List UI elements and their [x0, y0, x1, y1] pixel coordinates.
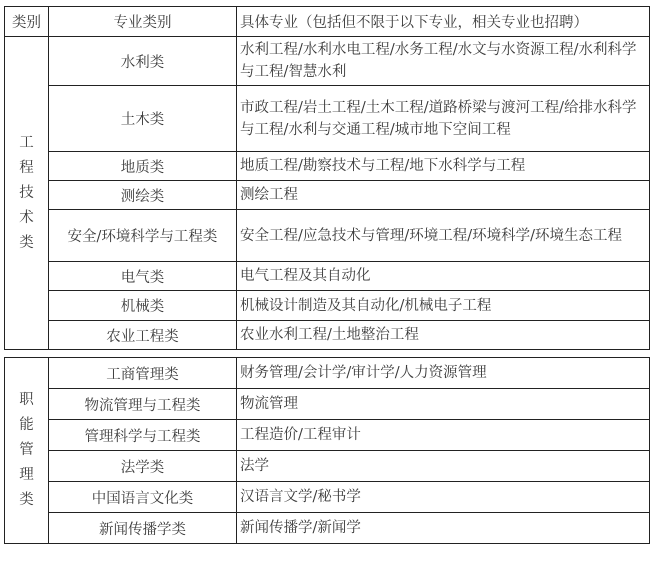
majors-cell: 地质工程/勘察技术与工程/地下水科学与工程	[237, 152, 650, 181]
majors-table-management: 职能管理类 工商管理类 财务管理/会计学/审计学/人力资源管理 物流管理与工程类…	[4, 357, 650, 544]
header-category: 类别	[5, 7, 49, 37]
majors-cell: 新闻传播学/新闻学	[237, 513, 650, 544]
category-cell-engineering-tech: 工程技术类	[5, 37, 49, 350]
majors-cell: 法学	[237, 451, 650, 482]
majors-cell: 测绘工程	[237, 181, 650, 210]
major-group-cell: 水利类	[49, 37, 237, 86]
major-group-cell: 电气类	[49, 262, 237, 291]
major-group-cell: 法学类	[49, 451, 237, 482]
majors-cell: 电气工程及其自动化	[237, 262, 650, 291]
header-specific-majors: 具体专业（包括但不限于以下专业，相关专业也招聘）	[237, 7, 650, 37]
table-row: 电气类 电气工程及其自动化	[5, 262, 650, 291]
table-row: 中国语言文化类 汉语言文学/秘书学	[5, 482, 650, 513]
major-group-cell: 工商管理类	[49, 358, 237, 389]
major-group-cell: 土木类	[49, 86, 237, 152]
table-header-row: 类别 专业类别 具体专业（包括但不限于以下专业，相关专业也招聘）	[5, 7, 650, 37]
major-group-cell: 新闻传播学类	[49, 513, 237, 544]
majors-cell: 工程造价/工程审计	[237, 420, 650, 451]
majors-cell: 物流管理	[237, 389, 650, 420]
category-label-vertical: 职能管理类	[19, 388, 35, 513]
major-group-cell: 安全/环境科学与工程类	[49, 210, 237, 262]
table-row: 地质类 地质工程/勘察技术与工程/地下水科学与工程	[5, 152, 650, 181]
table-row: 新闻传播学类 新闻传播学/新闻学	[5, 513, 650, 544]
majors-cell: 汉语言文学/秘书学	[237, 482, 650, 513]
major-group-cell: 地质类	[49, 152, 237, 181]
table-row: 物流管理与工程类 物流管理	[5, 389, 650, 420]
table-row: 管理科学与工程类 工程造价/工程审计	[5, 420, 650, 451]
table-row: 法学类 法学	[5, 451, 650, 482]
majors-cell: 水利工程/水利水电工程/水务工程/水文与水资源工程/水利科学与工程/智慧水利	[237, 37, 650, 86]
majors-cell: 财务管理/会计学/审计学/人力资源管理	[237, 358, 650, 389]
major-group-cell: 物流管理与工程类	[49, 389, 237, 420]
major-group-cell: 农业工程类	[49, 321, 237, 350]
major-group-cell: 中国语言文化类	[49, 482, 237, 513]
major-group-cell: 机械类	[49, 291, 237, 321]
table-row: 职能管理类 工商管理类 财务管理/会计学/审计学/人力资源管理	[5, 358, 650, 389]
majors-cell: 机械设计制造及其自动化/机械电子工程	[237, 291, 650, 321]
category-cell-functional-management: 职能管理类	[5, 358, 49, 544]
majors-cell: 安全工程/应急技术与管理/环境工程/环境科学/环境生态工程	[237, 210, 650, 262]
table-row: 农业工程类 农业水利工程/土地整治工程	[5, 321, 650, 350]
recruitment-majors-page: 类别 专业类别 具体专业（包括但不限于以下专业，相关专业也招聘） 工程技术类 水…	[0, 0, 658, 564]
majors-cell: 农业水利工程/土地整治工程	[237, 321, 650, 350]
table-row: 工程技术类 水利类 水利工程/水利水电工程/水务工程/水文与水资源工程/水利科学…	[5, 37, 650, 86]
majors-table-engineering: 类别 专业类别 具体专业（包括但不限于以下专业，相关专业也招聘） 工程技术类 水…	[4, 6, 650, 350]
major-group-cell: 管理科学与工程类	[49, 420, 237, 451]
major-group-cell: 测绘类	[49, 181, 237, 210]
table-row: 测绘类 测绘工程	[5, 181, 650, 210]
category-label-vertical: 工程技术类	[19, 131, 35, 256]
table-row: 土木类 市政工程/岩土工程/土木工程/道路桥梁与渡河工程/给排水科学与工程/水利…	[5, 86, 650, 152]
table-row: 机械类 机械设计制造及其自动化/机械电子工程	[5, 291, 650, 321]
majors-cell: 市政工程/岩土工程/土木工程/道路桥梁与渡河工程/给排水科学与工程/水利与交通工…	[237, 86, 650, 152]
table-row: 安全/环境科学与工程类 安全工程/应急技术与管理/环境工程/环境科学/环境生态工…	[5, 210, 650, 262]
header-major-group: 专业类别	[49, 7, 237, 37]
